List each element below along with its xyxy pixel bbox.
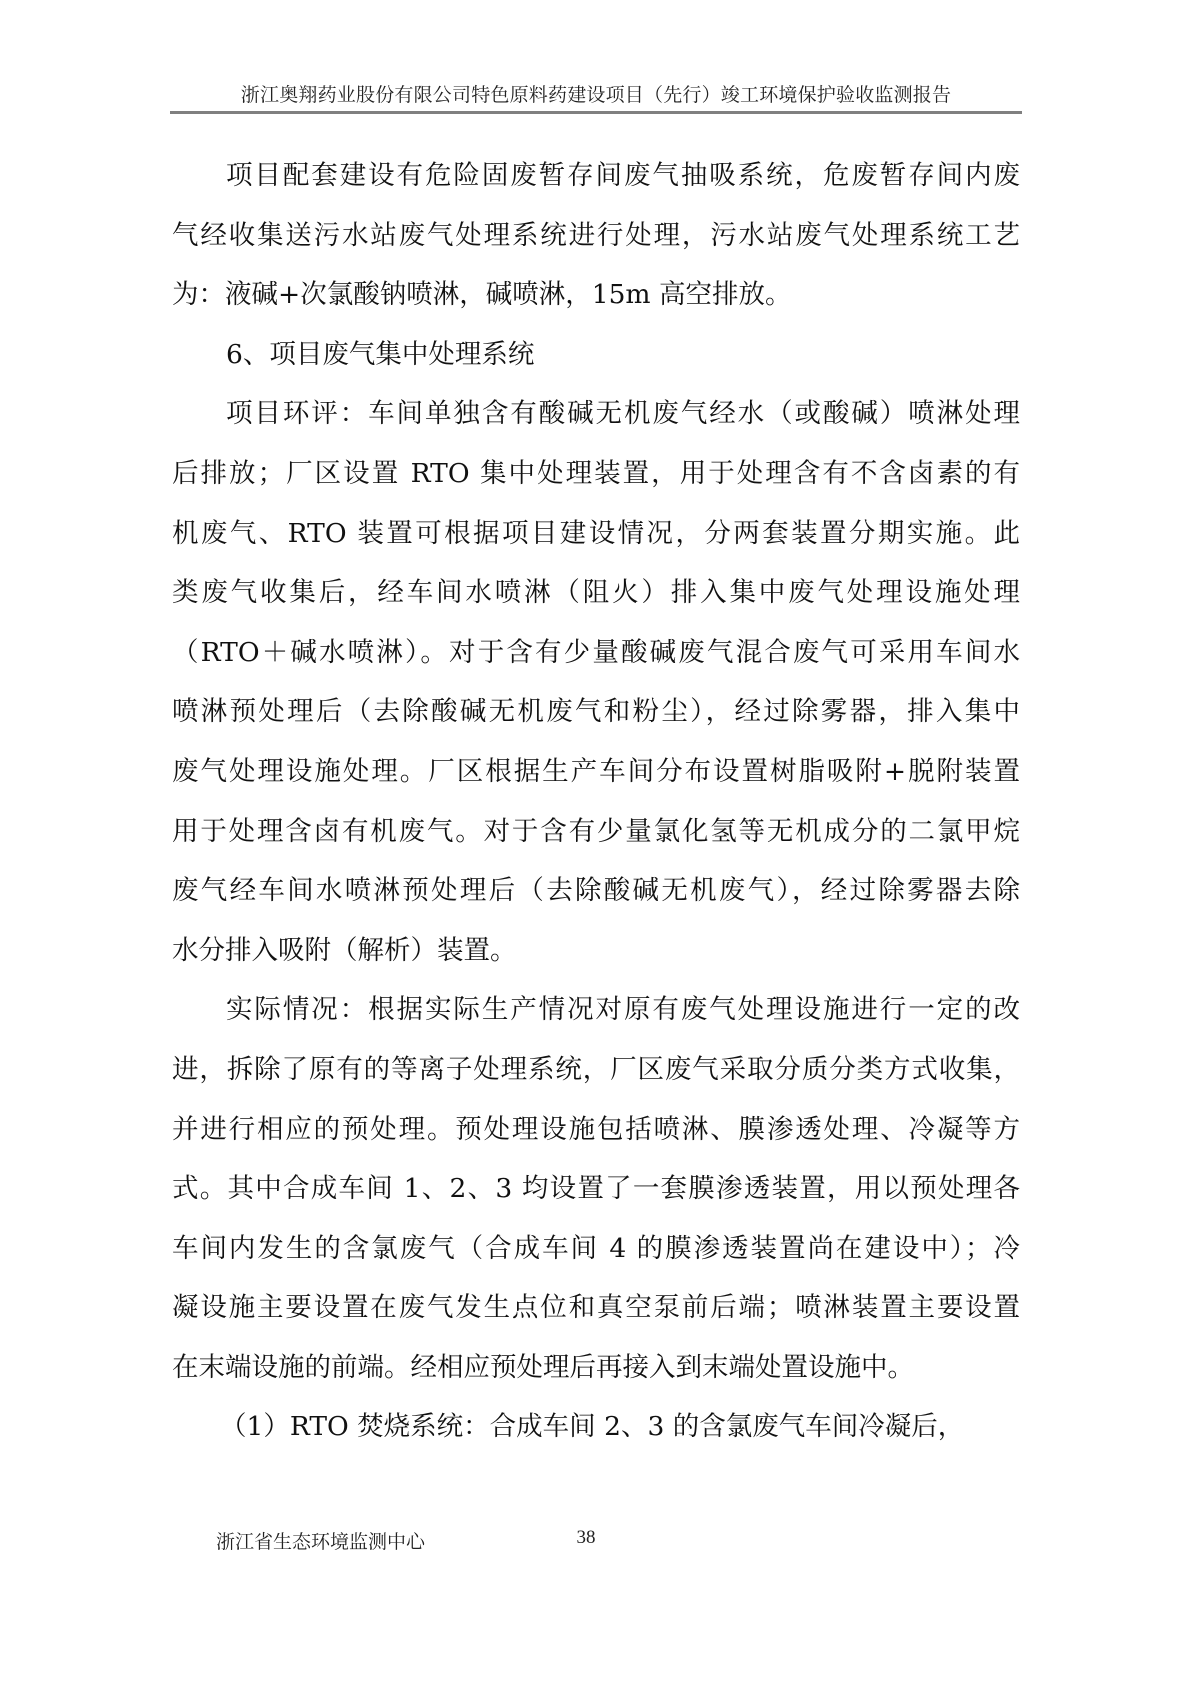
paragraph-line: 进，拆除了原有的等离子处理系统，厂区废气采取分质分类方式收集， xyxy=(172,1040,1020,1100)
paragraph-line: 凝设施主要设置在废气发生点位和真空泵前后端；喷淋装置主要设置 xyxy=(172,1278,1020,1338)
footer-organization: 浙江省生态环境监测中心 xyxy=(216,1527,425,1554)
page-number: 38 xyxy=(434,1527,738,1549)
paragraph-line: 实际情况：根据实际生产情况对原有废气处理设施进行一定的改 xyxy=(172,980,1020,1040)
subsection-heading: （1）RTO 焚烧系统：合成车间 2、3 的含氯废气车间冷凝后， xyxy=(172,1397,1020,1457)
document-page: 浙江奥翔药业股份有限公司特色原料药建设项目（先行）竣工环境保护验收监测报告 项目… xyxy=(0,0,1190,1683)
paragraph-line: 为：液碱+次氯酸钠喷淋，碱喷淋，15m 高空排放。 xyxy=(172,265,1020,325)
paragraph-line: 项目环评：车间单独含有酸碱无机废气经水（或酸碱）喷淋处理 xyxy=(172,384,1020,444)
paragraph-line: 式。其中合成车间 1、2、3 均设置了一套膜渗透装置，用以预处理各 xyxy=(172,1159,1020,1219)
paragraph-line: 类废气收集后，经车间水喷淋（阻火）排入集中废气处理设施处理 xyxy=(172,563,1020,623)
header-divider xyxy=(170,111,1022,114)
paragraph-line: 项目配套建设有危险固废暂存间废气抽吸系统，危废暂存间内废 xyxy=(172,146,1020,206)
paragraph-line: 喷淋预处理后（去除酸碱无机废气和粉尘），经过除雾器，排入集中 xyxy=(172,682,1020,742)
paragraph-line: 机废气、RTO 装置可根据项目建设情况，分两套装置分期实施。此 xyxy=(172,504,1020,564)
body-text: 项目配套建设有危险固废暂存间废气抽吸系统，危废暂存间内废 气经收集送污水站废气处… xyxy=(172,146,1020,1457)
report-header-title: 浙江奥翔药业股份有限公司特色原料药建设项目（先行）竣工环境保护验收监测报告 xyxy=(170,80,1022,107)
paragraph-line: 并进行相应的预处理。预处理设施包括喷淋、膜渗透处理、冷凝等方 xyxy=(172,1100,1020,1160)
section-heading: 6、项目废气集中处理系统 xyxy=(172,325,1020,385)
paragraph-line: 废气处理设施处理。厂区根据生产车间分布设置树脂吸附+脱附装置 xyxy=(172,742,1020,802)
paragraph-line: 废气经车间水喷淋预处理后（去除酸碱无机废气），经过除雾器去除 xyxy=(172,861,1020,921)
paragraph-line: 用于处理含卤有机废气。对于含有少量氯化氢等无机成分的二氯甲烷 xyxy=(172,802,1020,862)
paragraph-line: （RTO＋碱水喷淋）。对于含有少量酸碱废气混合废气可采用车间水 xyxy=(172,623,1020,683)
paragraph-line: 气经收集送污水站废气处理系统进行处理，污水站废气处理系统工艺 xyxy=(172,206,1020,266)
paragraph-line: 水分排入吸附（解析）装置。 xyxy=(172,921,1020,981)
paragraph-line: 在末端设施的前端。经相应预处理后再接入到末端处置设施中。 xyxy=(172,1338,1020,1398)
paragraph-line: 后排放；厂区设置 RTO 集中处理装置，用于处理含有不含卤素的有 xyxy=(172,444,1020,504)
paragraph-line: 车间内发生的含氯废气（合成车间 4 的膜渗透装置尚在建设中）；冷 xyxy=(172,1219,1020,1279)
